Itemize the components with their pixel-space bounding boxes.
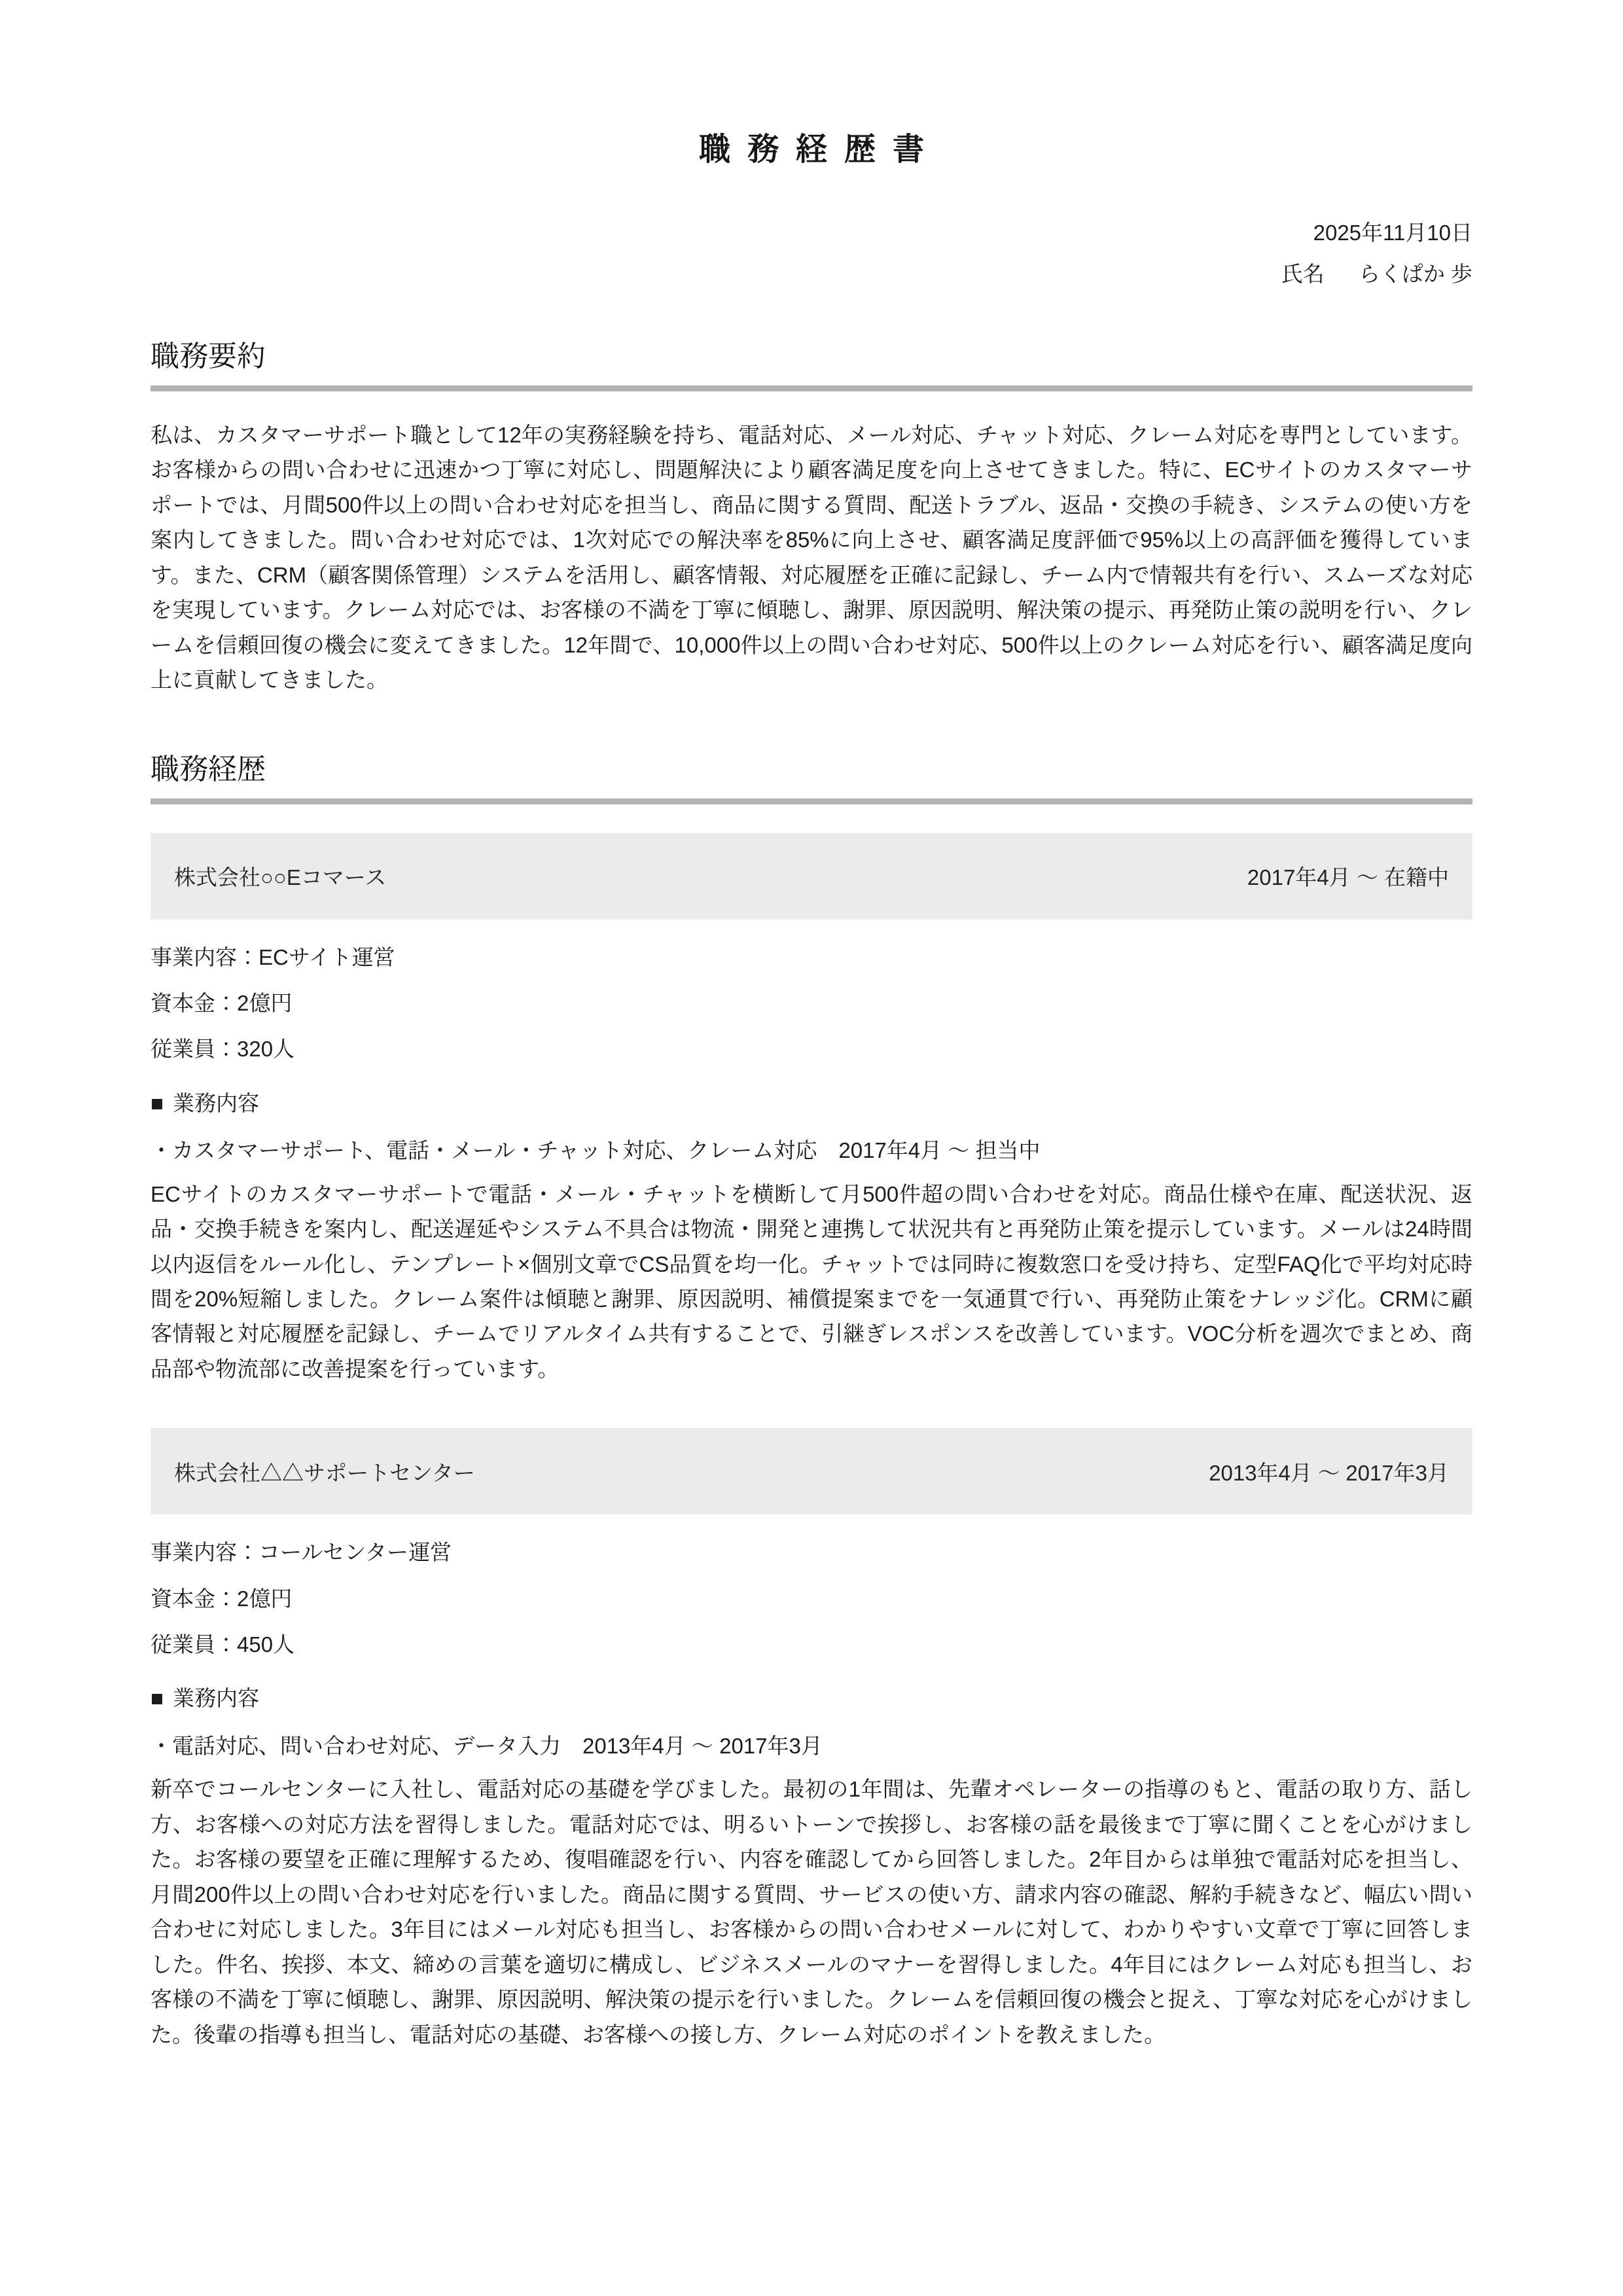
company-2-capital: 資本金：2億円 — [151, 1587, 1472, 1611]
name-value: らくぱか 歩 — [1359, 262, 1472, 286]
company-1-duties-heading-label: 業務内容 — [173, 1091, 259, 1115]
company-2-duty-detail: 新卒でコールセンターに入社し、電話対応の基礎を学びました。最初の1年間は、先輩オ… — [151, 1772, 1472, 2052]
company-block-1: 株式会社○○Eコマース 2017年4月 〜 在籍中 事業内容：ECサイト運営 資… — [151, 833, 1472, 1387]
company-2-business: 事業内容：コールセンター運営 — [151, 1541, 1472, 1564]
company-1-duties-heading: ■業務内容 — [151, 1092, 1472, 1115]
company-2-duties-heading-label: 業務内容 — [173, 1686, 259, 1710]
company-1-duty-detail: ECサイトのカスタマーサポートで電話・メール・チャットを横断して月500件超の問… — [151, 1177, 1472, 1387]
company-2-employees: 従業員：450人 — [151, 1633, 1472, 1657]
company-1-header: 株式会社○○Eコマース 2017年4月 〜 在籍中 — [151, 833, 1472, 920]
company-1-capital: 資本金：2億円 — [151, 992, 1472, 1015]
career-heading: 職務経歴 — [151, 755, 1472, 784]
company-2-header: 株式会社△△サポートセンター 2013年4月 〜 2017年3月 — [151, 1428, 1472, 1515]
doc-date: 2025年11月10日 — [151, 222, 1472, 243]
career-heading-divider — [151, 798, 1472, 804]
doc-name-row: 氏名らくぱか 歩 — [151, 263, 1472, 285]
summary-heading: 職務要約 — [151, 342, 1472, 371]
name-label: 氏名 — [1281, 262, 1325, 286]
resume-content: 職務経歴書 2025年11月10日 氏名らくぱか 歩 職務要約 私は、カスタマー… — [0, 0, 1623, 2130]
career-section: 職務経歴 株式会社○○Eコマース 2017年4月 〜 在籍中 事業内容：ECサイ… — [151, 755, 1472, 2052]
company-1-employees: 従業員：320人 — [151, 1037, 1472, 1061]
company-block-2: 株式会社△△サポートセンター 2013年4月 〜 2017年3月 事業内容：コー… — [151, 1428, 1472, 2052]
company-1-details: 事業内容：ECサイト運営 資本金：2億円 従業員：320人 — [151, 946, 1472, 1062]
square-bullet-icon: ■ — [151, 1091, 164, 1115]
summary-section: 職務要約 私は、カスタマーサポート職として12年の実務経験を持ち、電話対応、メー… — [151, 342, 1472, 698]
company-2-name: 株式会社△△サポートセンター — [174, 1456, 475, 1487]
company-2-details: 事業内容：コールセンター運営 資本金：2億円 従業員：450人 — [151, 1541, 1472, 1657]
company-2-duty-title: ・電話対応、問い合わせ対応、データ入力 2013年4月 〜 2017年3月 — [151, 1731, 1472, 1762]
page-title: 職務経歴書 — [151, 134, 1472, 166]
company-1-name: 株式会社○○Eコマース — [174, 861, 386, 891]
square-bullet-icon: ■ — [151, 1686, 164, 1710]
summary-heading-divider — [151, 386, 1472, 391]
doc-meta: 2025年11月10日 氏名らくぱか 歩 — [151, 222, 1472, 285]
company-2-duties-heading: ■業務内容 — [151, 1687, 1472, 1710]
resume-page: 職務経歴書 2025年11月10日 氏名らくぱか 歩 職務要約 私は、カスタマー… — [0, 0, 1623, 2296]
summary-paragraph: 私は、カスタマーサポート職として12年の実務経験を持ち、電話対応、メール対応、チ… — [151, 418, 1472, 698]
company-1-duty-title: ・カスタマーサポート、電話・メール・チャット対応、クレーム対応 2017年4月 … — [151, 1135, 1472, 1166]
company-1-period: 2017年4月 〜 在籍中 — [1247, 861, 1449, 891]
company-1-business: 事業内容：ECサイト運営 — [151, 946, 1472, 969]
company-2-period: 2013年4月 〜 2017年3月 — [1209, 1456, 1449, 1487]
